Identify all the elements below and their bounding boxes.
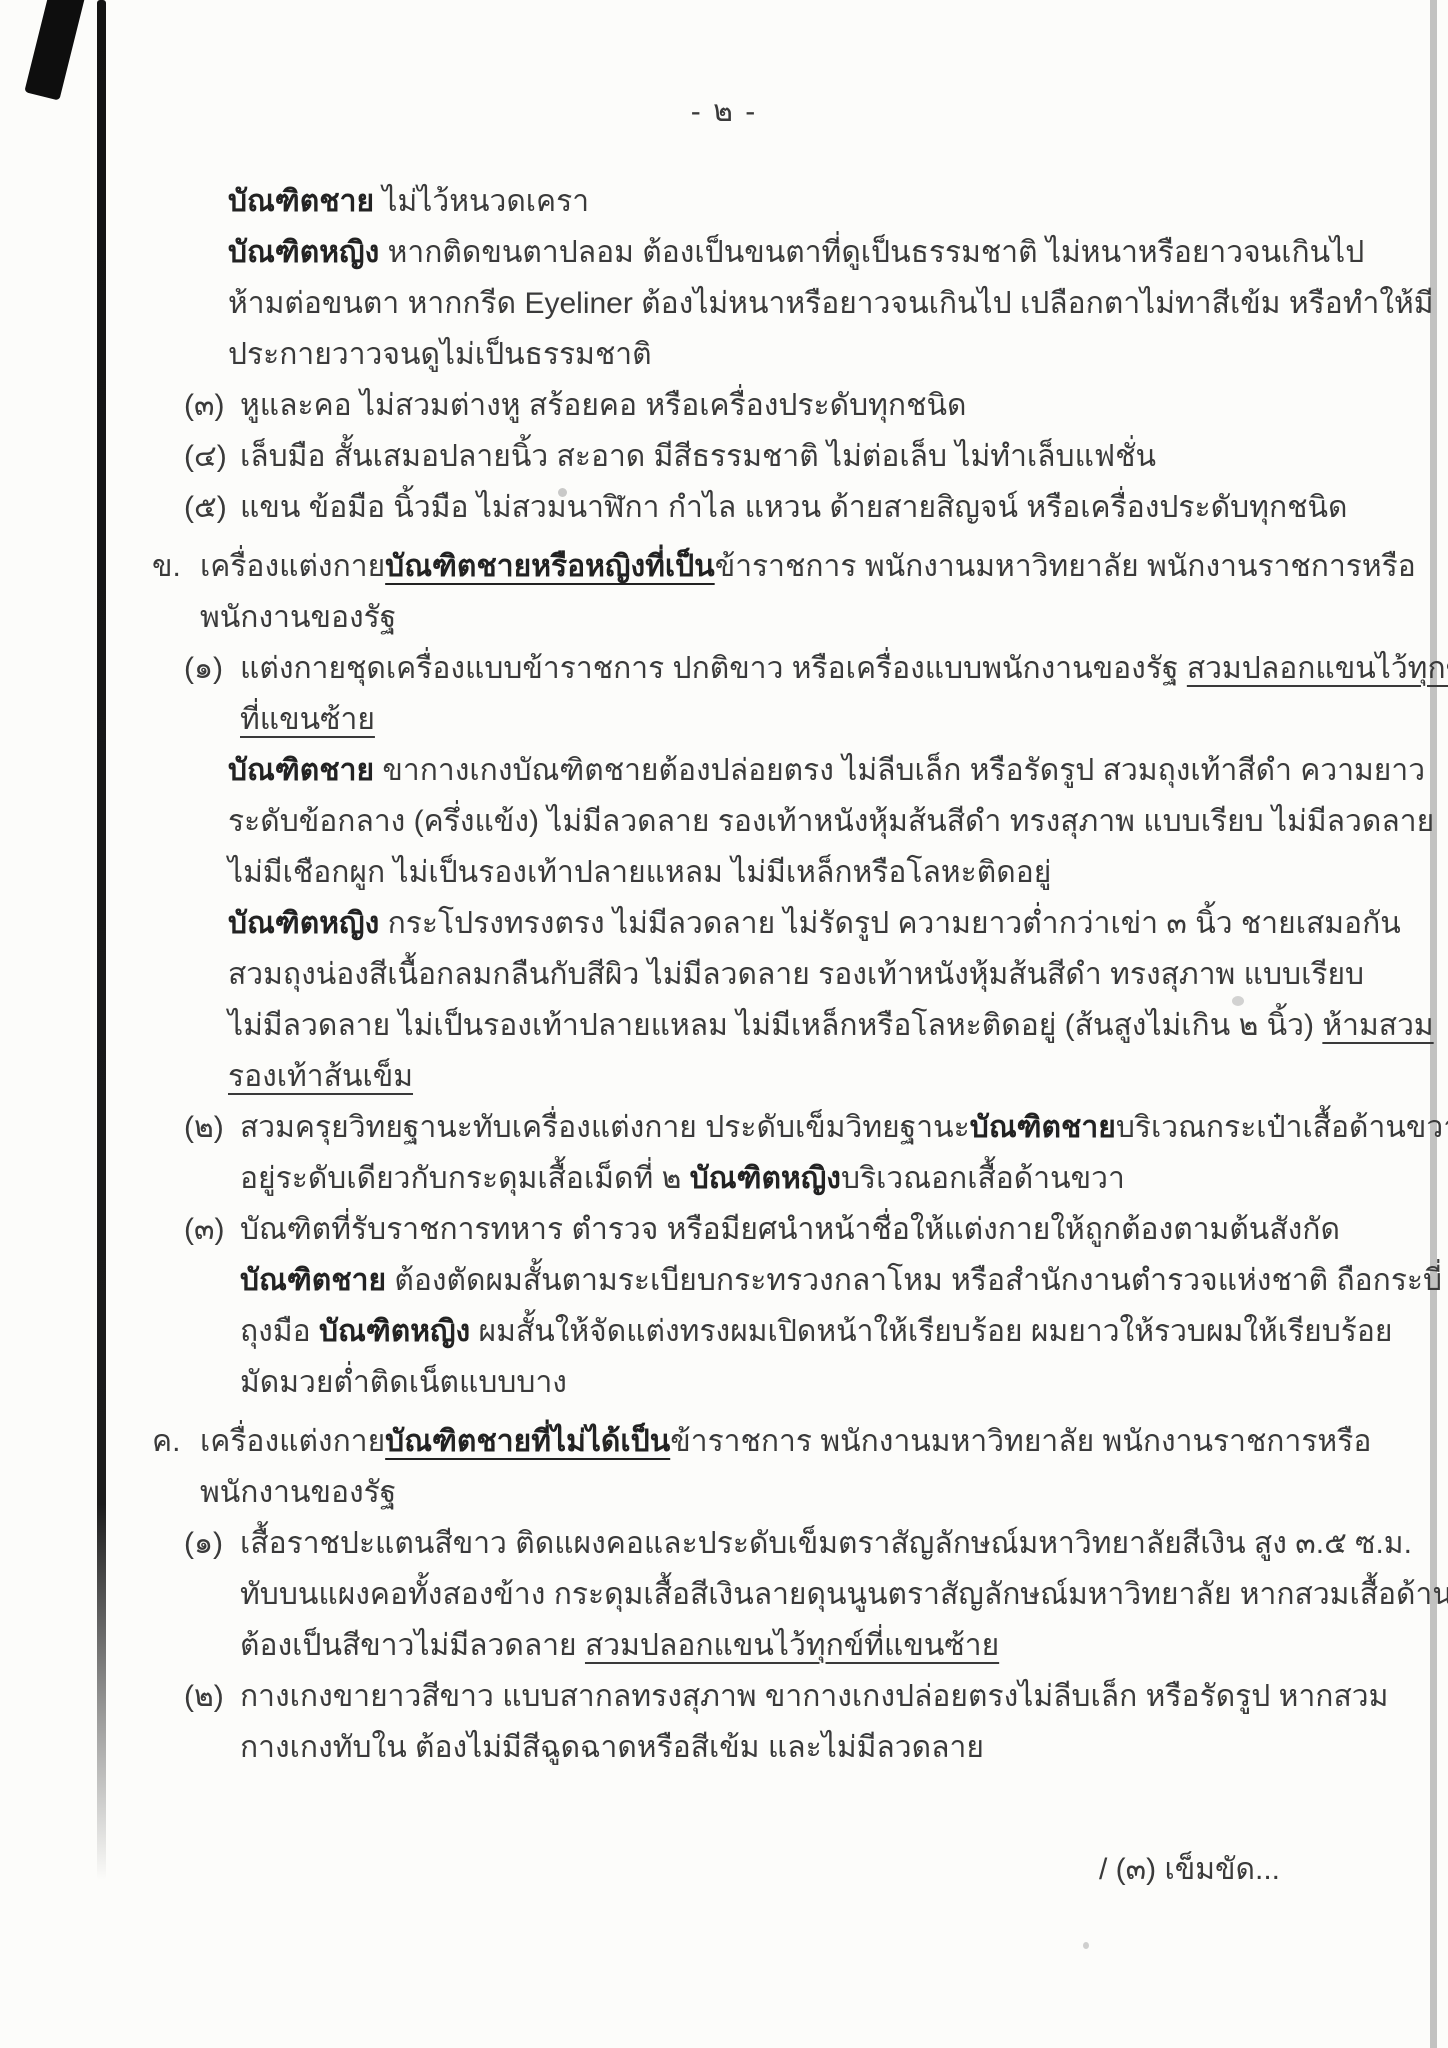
scan-artifact-top-left-blob — [24, 0, 87, 101]
footer-continuation-note: / (๓) เข็มขัด... — [1099, 1846, 1280, 1893]
text-segment: เครื่องแต่งกาย — [200, 550, 385, 583]
item-marker: (๔) — [184, 431, 227, 482]
text-segment: บัณฑิตหญิง — [228, 236, 388, 269]
text-line: บัณฑิตหญิง กระโปรงทรงตรง ไม่มีลวดลาย ไม่… — [0, 898, 1340, 949]
text-line: (๑)แต่งกายชุดเครื่องแบบข้าราชการ ปกติขาว… — [0, 643, 1340, 694]
text-segment: เครื่องแต่งกาย — [200, 1425, 385, 1458]
text-segment: กางเกงทับใน ต้องไม่มีสีฉูดฉาดหรือสีเข้ม … — [240, 1731, 984, 1764]
text-segment: กางเกงขายาวสีขาว แบบสากลทรงสุภาพ ขากางเก… — [240, 1680, 1388, 1713]
text-line: ที่แขนซ้าย — [0, 694, 1340, 745]
text-line: บัณฑิตชาย ขากางเกงบัณฑิตชายต้องปล่อยตรง … — [0, 745, 1340, 796]
text-line: (๔)เล็บมือ สั้นเสมอปลายนิ้ว สะอาด มีสีธร… — [0, 431, 1340, 482]
item-marker: (๒) — [184, 1671, 224, 1722]
scanned-document-page: - ๒ - บัณฑิตชาย ไม่ไว้หนวดเคราบัณฑิตหญิง… — [0, 0, 1448, 2048]
text-segment: สวมปลอกแขนไว้ทุกข์ — [1187, 652, 1448, 685]
text-line: (๓)บัณฑิตที่รับราชการทหาร ตำรวจ หรือมียศ… — [0, 1204, 1340, 1255]
item-marker: (๑) — [184, 1518, 223, 1569]
text-segment: สวมครุยวิทยฐานะทับเครื่องแต่งกาย ประดับเ… — [240, 1111, 970, 1144]
text-segment: สวมปลอกแขนไว้ทุกข์ที่แขนซ้าย — [585, 1629, 999, 1662]
text-line: (๒)กางเกงขายาวสีขาว แบบสากลทรงสุภาพ ขากา… — [0, 1671, 1340, 1722]
text-segment: บัณฑิตชายหรือหญิงที่เป็น — [385, 550, 715, 583]
text-line: กางเกงทับใน ต้องไม่มีสีฉูดฉาดหรือสีเข้ม … — [0, 1722, 1340, 1773]
text-segment: ทับบนแผงคอทั้งสองข้าง กระดุมเสื้อสีเงินล… — [240, 1578, 1448, 1611]
text-segment: บัณฑิตชาย — [228, 185, 382, 218]
text-line: ทับบนแผงคอทั้งสองข้าง กระดุมเสื้อสีเงินล… — [0, 1569, 1340, 1620]
text-line: (๑)เสื้อราชปะแตนสีขาว ติดแผงคอและประดับเ… — [0, 1518, 1340, 1569]
text-line: บัณฑิตหญิง หากติดขนตาปลอม ต้องเป็นขนตาที… — [0, 227, 1340, 278]
text-segment: บัณฑิตหญิง — [228, 907, 388, 940]
text-segment: ห้ามต่อขนตา หากกรีด Eyeliner ต้องไม่หนาห… — [228, 287, 1434, 320]
text-line: (๓)หูและคอ ไม่สวมต่างหู สร้อยคอ หรือเครื… — [0, 380, 1340, 431]
text-segment: ต้องตัดผมสั้นตามระเบียบกระทรวงกลาโหม หรื… — [394, 1264, 1442, 1297]
text-segment: ผมสั้นให้จัดแต่งทรงผมเปิดหน้าให้เรียบร้อ… — [479, 1315, 1393, 1348]
text-segment: บัณฑิตชาย — [970, 1111, 1116, 1144]
scan-speck — [1083, 1942, 1089, 1949]
text-line: (๒)สวมครุยวิทยฐานะทับเครื่องแต่งกาย ประด… — [0, 1102, 1340, 1153]
text-line: บัณฑิตชาย ไม่ไว้หนวดเครา — [0, 176, 1340, 227]
document-body: บัณฑิตชาย ไม่ไว้หนวดเคราบัณฑิตหญิง หากติ… — [0, 176, 1340, 1773]
text-segment: ไม่ไว้หนวดเครา — [382, 185, 589, 218]
text-segment: ต้องเป็นสีขาวไม่มีลวดลาย — [240, 1629, 585, 1662]
text-segment: ไม่มีเชือกผูก ไม่เป็นรองเท้าปลายแหลม ไม่… — [228, 856, 1051, 889]
text-segment: กระโปรงทรงตรง ไม่มีลวดลาย ไม่รัดรูป ความ… — [388, 907, 1401, 940]
text-segment: ถุงมือ — [240, 1315, 319, 1348]
text-line: ประกายวาวจนดูไม่เป็นธรรมชาติ — [0, 329, 1340, 380]
text-segment: บริเวณกระเป๋าเสื้อด้านขวา — [1116, 1111, 1448, 1144]
text-segment: บริเวณอกเสื้อด้านขวา — [841, 1162, 1125, 1195]
text-segment: บัณฑิตหญิง — [319, 1315, 479, 1348]
text-segment: บัณฑิตชาย — [240, 1264, 394, 1297]
text-segment: แขน ข้อมือ นิ้วมือ ไม่สวมนาฬิกา กำไล แหว… — [240, 491, 1347, 524]
text-segment: ประกายวาวจนดูไม่เป็นธรรมชาติ — [228, 338, 652, 371]
text-line: สวมถุงน่องสีเนื้อกลมกลืนกับสีผิว ไม่มีลว… — [0, 949, 1340, 1000]
item-marker: (๒) — [184, 1102, 224, 1153]
text-line: ห้ามต่อขนตา หากกรีด Eyeliner ต้องไม่หนาห… — [0, 278, 1340, 329]
text-segment: พนักงานของรัฐ — [200, 601, 396, 634]
item-marker: (๓) — [184, 380, 225, 431]
text-line: ค.เครื่องแต่งกายบัณฑิตชายที่ไม่ได้เป็นข้… — [0, 1416, 1340, 1467]
text-line: อยู่ระดับเดียวกับกระดุมเสื้อเม็ดที่ ๒ บั… — [0, 1153, 1340, 1204]
text-line: ต้องเป็นสีขาวไม่มีลวดลาย สวมปลอกแขนไว้ทุ… — [0, 1620, 1340, 1671]
text-segment: แต่งกายชุดเครื่องแบบข้าราชการ ปกติขาว หร… — [240, 652, 1187, 685]
item-marker: (๕) — [184, 482, 227, 533]
text-segment: สวมถุงน่องสีเนื้อกลมกลืนกับสีผิว ไม่มีลว… — [228, 958, 1364, 991]
text-segment: ข้าราชการ พนักงานมหาวิทยาลัย พนักงานราชก… — [715, 550, 1416, 583]
text-segment: บัณฑิตชายที่ไม่ได้เป็น — [385, 1425, 670, 1458]
text-segment: หากติดขนตาปลอม ต้องเป็นขนตาที่ดูเป็นธรรม… — [388, 236, 1365, 269]
text-line: (๕)แขน ข้อมือ นิ้วมือ ไม่สวมนาฬิกา กำไล … — [0, 482, 1340, 533]
text-line: มัดมวยต่ำติดเน็ตแบบบาง — [0, 1357, 1340, 1408]
text-line: ไม่มีลวดลาย ไม่เป็นรองเท้าปลายแหลม ไม่มี… — [0, 1000, 1340, 1051]
item-marker: (๑) — [184, 643, 223, 694]
text-segment: ขากางเกงบัณฑิตชายต้องปล่อยตรง ไม่ลีบเล็ก… — [382, 754, 1425, 787]
text-segment: รองเท้าส้นเข็ม — [228, 1060, 413, 1093]
text-segment: ระดับข้อกลาง (ครึ่งแข้ง) ไม่มีลวดลาย รอง… — [228, 805, 1434, 838]
text-segment: ไม่มีลวดลาย ไม่เป็นรองเท้าปลายแหลม ไม่มี… — [228, 1009, 1322, 1042]
text-segment: บัณฑิตหญิง — [690, 1162, 841, 1195]
text-line: ถุงมือ บัณฑิตหญิง ผมสั้นให้จัดแต่งทรงผมเ… — [0, 1306, 1340, 1357]
text-segment: ที่แขนซ้าย — [240, 703, 375, 736]
text-segment: บัณฑิตชาย — [228, 754, 382, 787]
text-line: ระดับข้อกลาง (ครึ่งแข้ง) ไม่มีลวดลาย รอง… — [0, 796, 1340, 847]
text-line: บัณฑิตชาย ต้องตัดผมสั้นตามระเบียบกระทรวง… — [0, 1255, 1340, 1306]
text-segment: อยู่ระดับเดียวกับกระดุมเสื้อเม็ดที่ ๒ — [240, 1162, 690, 1195]
text-line: ไม่มีเชือกผูก ไม่เป็นรองเท้าปลายแหลม ไม่… — [0, 847, 1340, 898]
text-segment: เสื้อราชปะแตนสีขาว ติดแผงคอและประดับเข็ม… — [240, 1527, 1412, 1560]
text-segment: ข้าราชการ พนักงานมหาวิทยาลัย พนักงานราชก… — [670, 1425, 1371, 1458]
text-line: รองเท้าส้นเข็ม — [0, 1051, 1340, 1102]
item-marker: ค. — [152, 1416, 180, 1467]
item-marker: (๓) — [184, 1204, 225, 1255]
text-segment: ห้ามสวม — [1322, 1009, 1433, 1042]
text-segment: มัดมวยต่ำติดเน็ตแบบบาง — [240, 1366, 567, 1399]
text-segment: หูและคอ ไม่สวมต่างหู สร้อยคอ หรือเครื่อง… — [240, 389, 966, 422]
text-segment: เล็บมือ สั้นเสมอปลายนิ้ว สะอาด มีสีธรรมช… — [240, 440, 1156, 473]
text-segment: บัณฑิตที่รับราชการทหาร ตำรวจ หรือมียศนำห… — [240, 1213, 1340, 1246]
text-line: ข.เครื่องแต่งกายบัณฑิตชายหรือหญิงที่เป็น… — [0, 541, 1340, 592]
text-segment: พนักงานของรัฐ — [200, 1476, 396, 1509]
item-marker: ข. — [152, 541, 181, 592]
text-line: พนักงานของรัฐ — [0, 592, 1340, 643]
text-line: พนักงานของรัฐ — [0, 1467, 1340, 1518]
page-number: - ๒ - — [0, 88, 1448, 135]
